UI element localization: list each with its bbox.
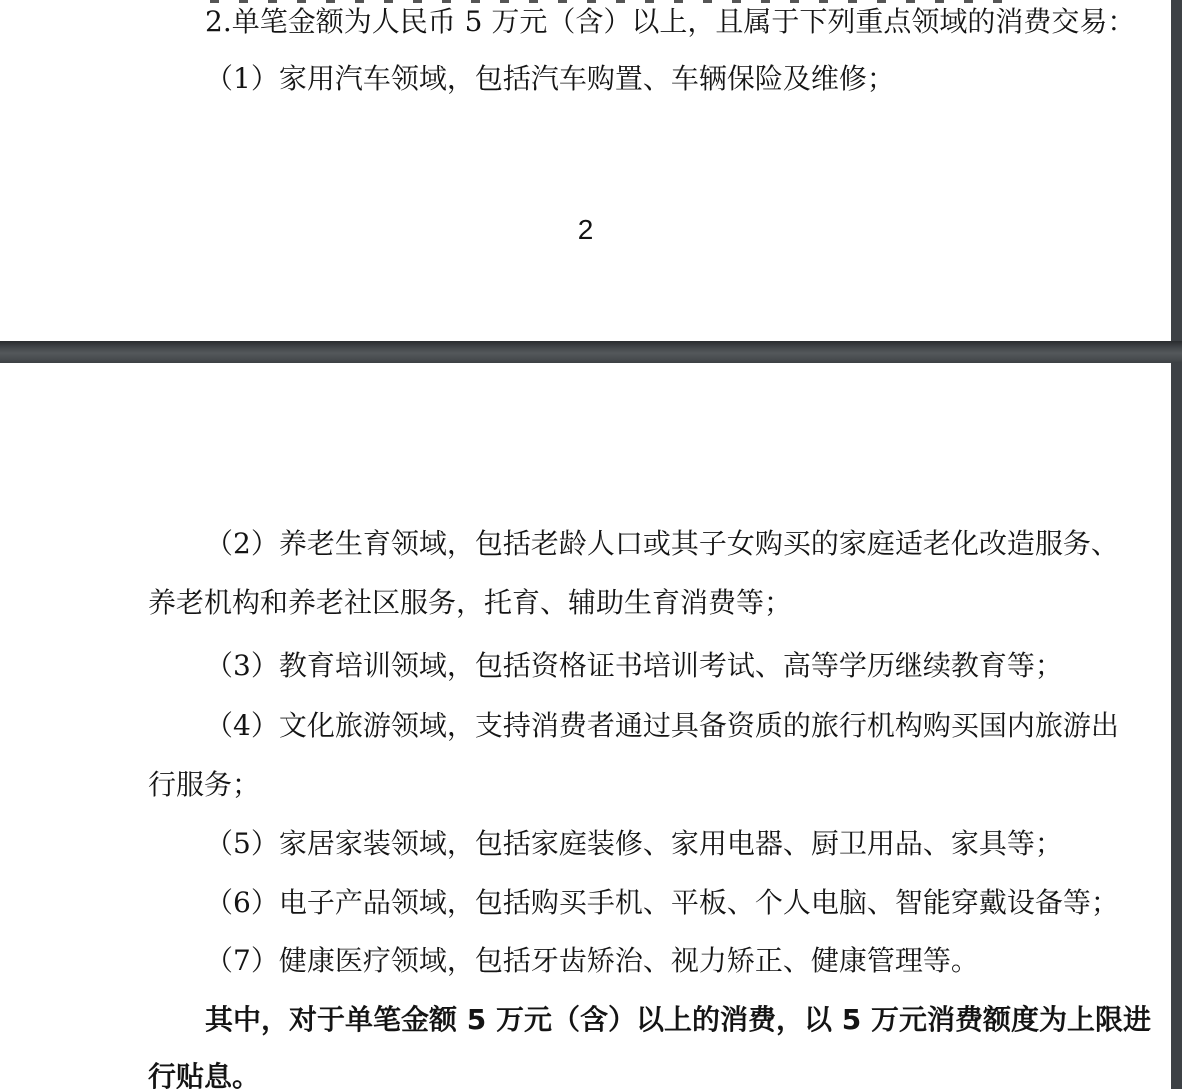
page-1-bottom: 2.单笔金额为人民币 5 万元（含）以上，且属于下列重点领域的消费交易： （1）…: [0, 0, 1171, 341]
paragraph-line: （1）家用汽车领域，包括汽车购置、车辆保险及维修；: [148, 64, 1125, 94]
paragraph-line-emphasis: 其中，对于单笔金额 5 万元（含）以上的消费，以 5 万元消费额度为上限进: [148, 1005, 1125, 1035]
clipped-line-fragment: [210, 0, 1014, 3]
document-viewport[interactable]: 2.单笔金额为人民币 5 万元（含）以上，且属于下列重点领域的消费交易： （1）…: [0, 0, 1182, 1089]
paragraph-line-emphasis: 行贴息。: [148, 1062, 1068, 1089]
page-2-top: （2）养老生育领域，包括老龄人口或其子女购买的家庭适老化改造服务、 养老机构和养…: [0, 363, 1171, 1089]
paragraph-line: （2）养老生育领域，包括老龄人口或其子女购买的家庭适老化改造服务、: [148, 529, 1125, 559]
paragraph-line: 2.单笔金额为人民币 5 万元（含）以上，且属于下列重点领域的消费交易：: [148, 7, 1125, 37]
paragraph-line: （5）家居家装领域，包括家庭装修、家用电器、厨卫用品、家具等；: [148, 829, 1125, 859]
paragraph-line: （3）教育培训领域，包括资格证书培训考试、高等学历继续教育等；: [148, 651, 1125, 681]
paragraph-line: 行服务；: [148, 770, 1068, 800]
page-number: 2: [0, 218, 1171, 242]
paragraph-line: （7）健康医疗领域，包括牙齿矫治、视力矫正、健康管理等。: [148, 946, 1125, 976]
paragraph-line: 养老机构和养老社区服务，托育、辅助生育消费等；: [148, 588, 1068, 618]
page-break-gap: [0, 341, 1182, 363]
paragraph-line: （4）文化旅游领域，支持消费者通过具备资质的旅行机构购买国内旅游出: [148, 711, 1125, 741]
paragraph-line: （6）电子产品领域，包括购买手机、平板、个人电脑、智能穿戴设备等；: [148, 888, 1125, 918]
viewer-background-strip: [1171, 0, 1182, 1089]
